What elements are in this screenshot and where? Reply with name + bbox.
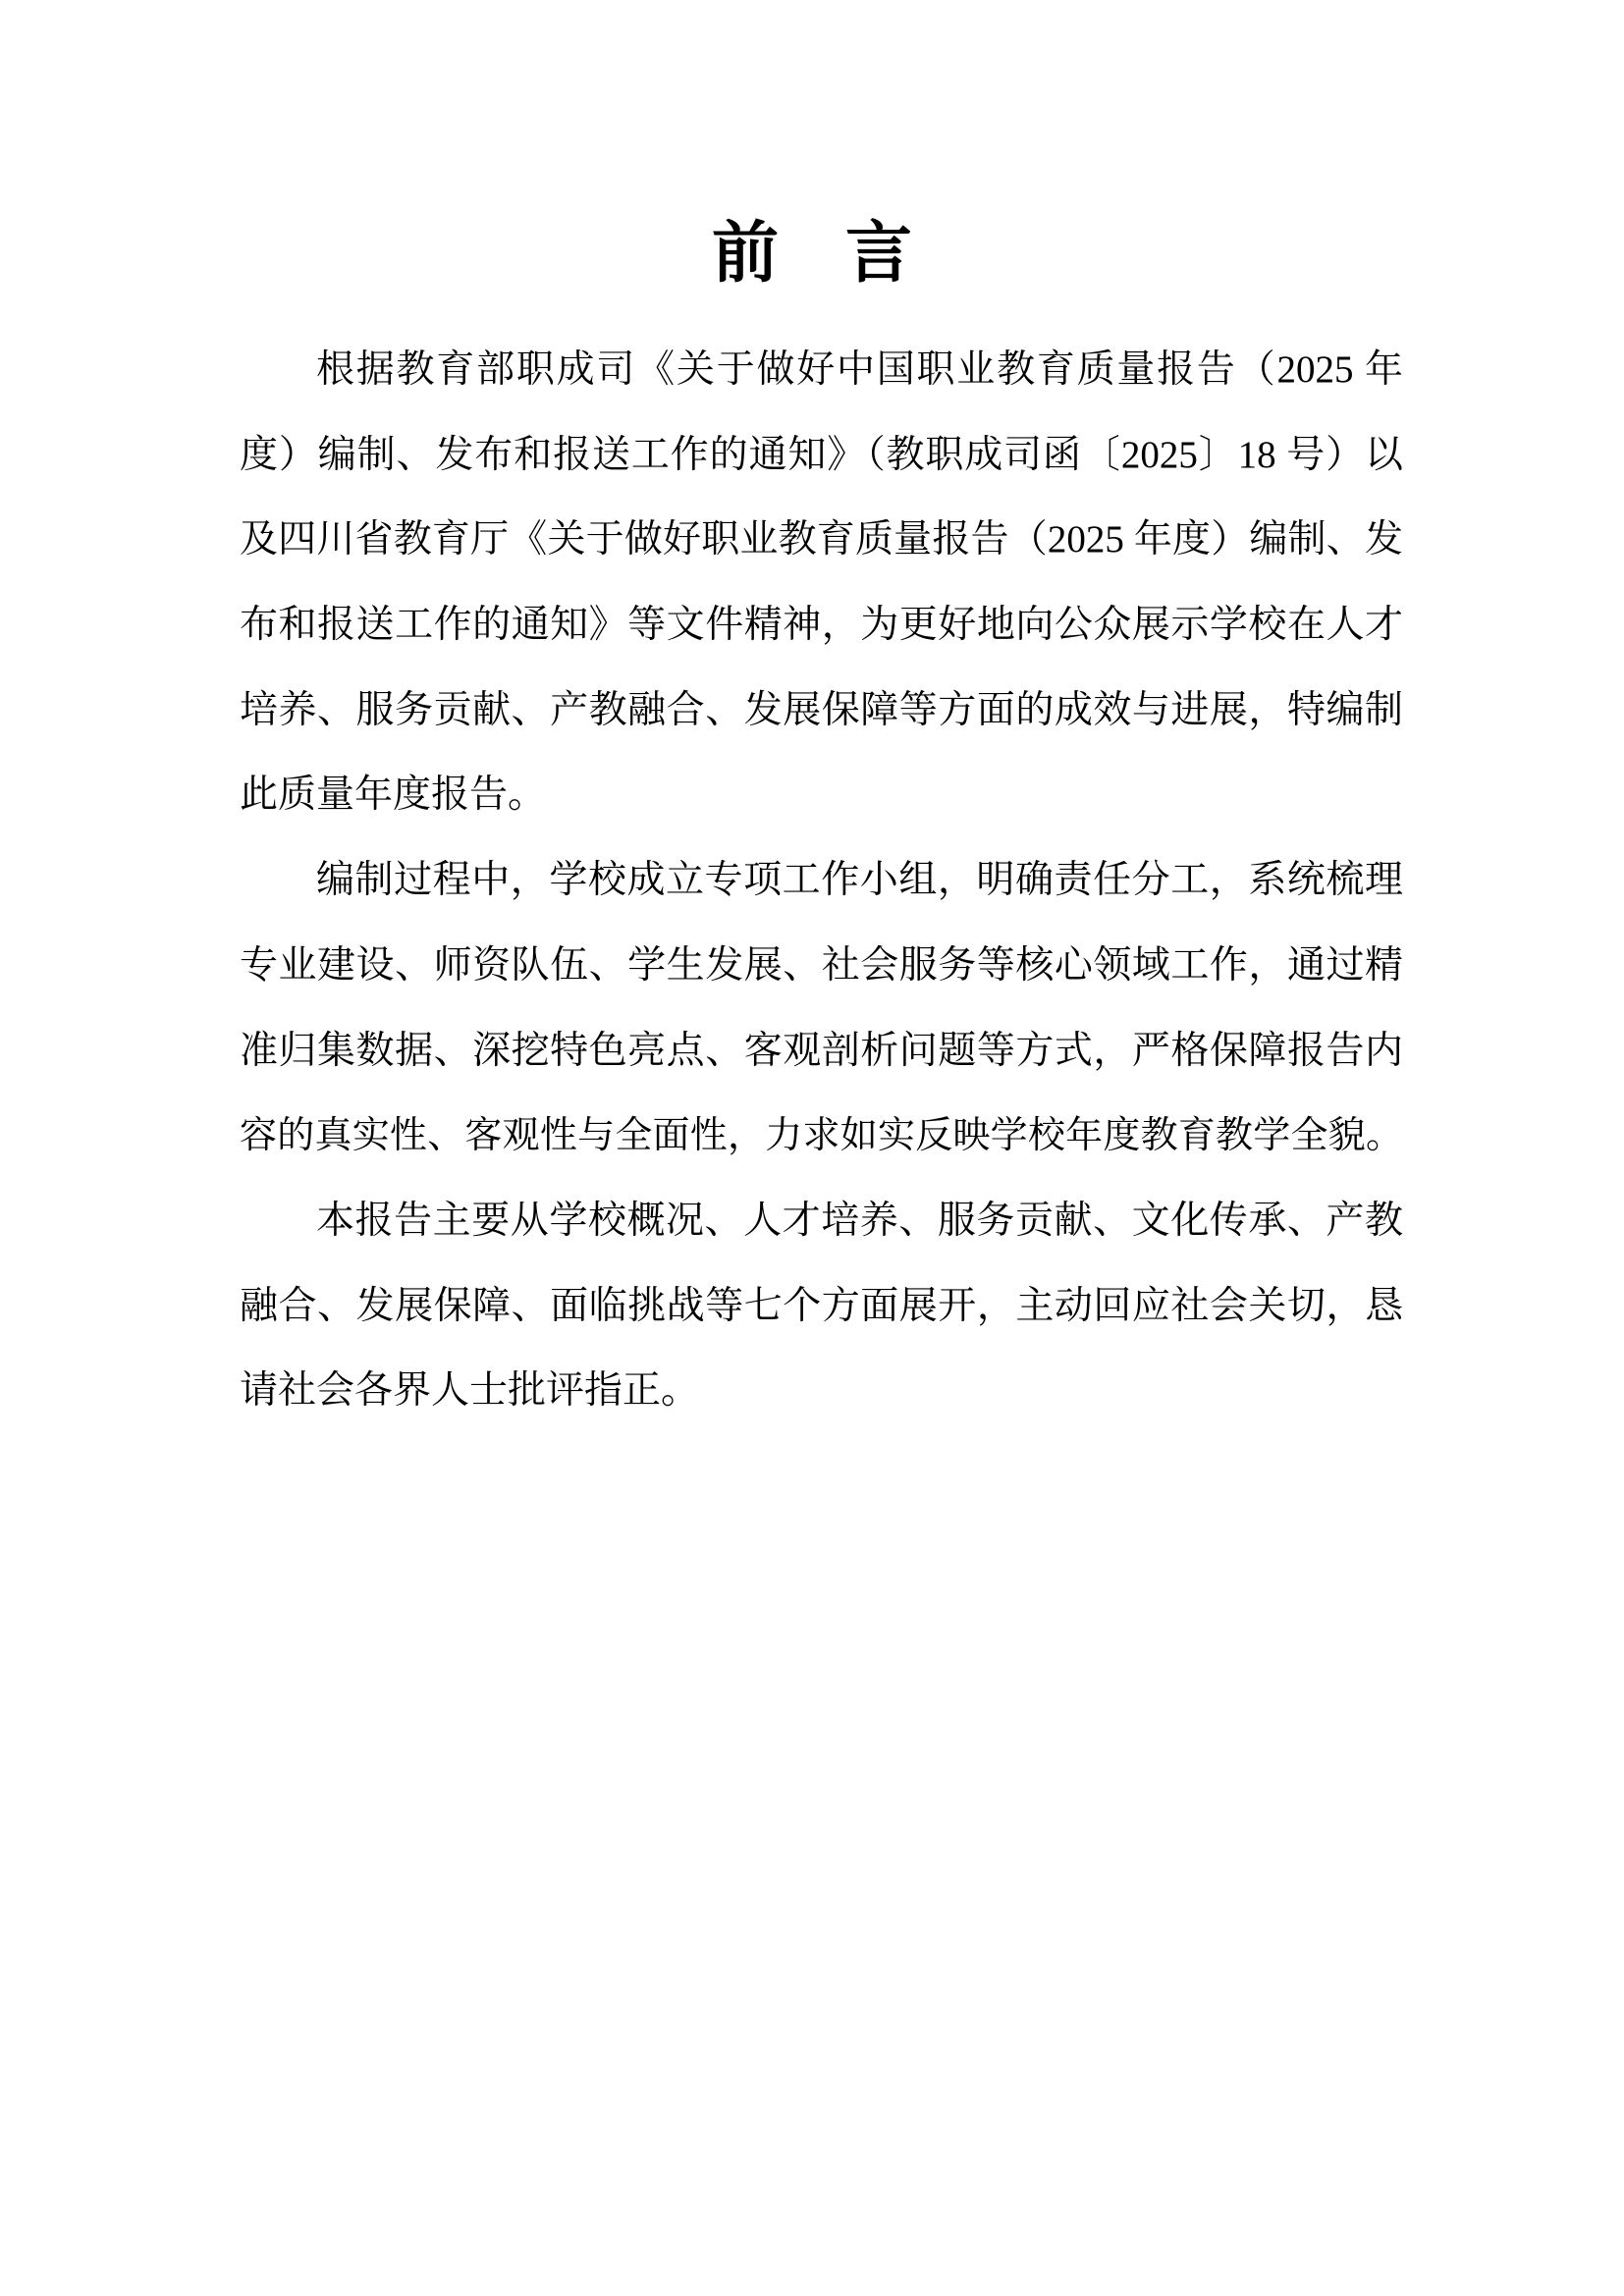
- page-title: 前 言: [0, 220, 1624, 287]
- paragraph-line: 此质量年度报告。: [240, 753, 1403, 838]
- paragraph-line: 本报告主要从学校概况、人才培养、服务贡献、文化传承、产教: [240, 1179, 1403, 1264]
- paragraph-line: 请社会各界人士批评指正。: [240, 1349, 1403, 1434]
- document-body: 根据教育部职成司《关于做好中国职业教育质量报告（2025 年 度）编制、发布和报…: [240, 328, 1403, 1434]
- paragraph-line: 培养、服务贡献、产教融合、发展保障等方面的成效与进展，特编制: [240, 668, 1403, 754]
- paragraph-line: 编制过程中，学校成立专项工作小组，明确责任分工，系统梳理: [240, 838, 1403, 924]
- paragraph-line: 融合、发展保障、面临挑战等七个方面展开，主动回应社会关切，恳: [240, 1264, 1403, 1350]
- paragraph-line: 度）编制、发布和报送工作的通知》（教职成司函〔2025〕18 号）以: [240, 413, 1403, 499]
- paragraph-line: 专业建设、师资队伍、学生发展、社会服务等核心领域工作，通过精: [240, 924, 1403, 1009]
- paragraph-line: 容的真实性、客观性与全面性，力求如实反映学校年度教育教学全貌。: [240, 1094, 1403, 1179]
- paragraph-line: 准归集数据、深挖特色亮点、客观剖析问题等方式，严格保障报告内: [240, 1009, 1403, 1095]
- paragraph-line: 及四川省教育厅《关于做好职业教育质量报告（2025 年度）编制、发: [240, 498, 1403, 583]
- document-page: 前 言 根据教育部职成司《关于做好中国职业教育质量报告（2025 年 度）编制、…: [0, 0, 1624, 2296]
- paragraph-line: 布和报送工作的通知》等文件精神，为更好地向公众展示学校在人才: [240, 583, 1403, 668]
- paragraph-line: 根据教育部职成司《关于做好中国职业教育质量报告（2025 年: [240, 328, 1403, 413]
